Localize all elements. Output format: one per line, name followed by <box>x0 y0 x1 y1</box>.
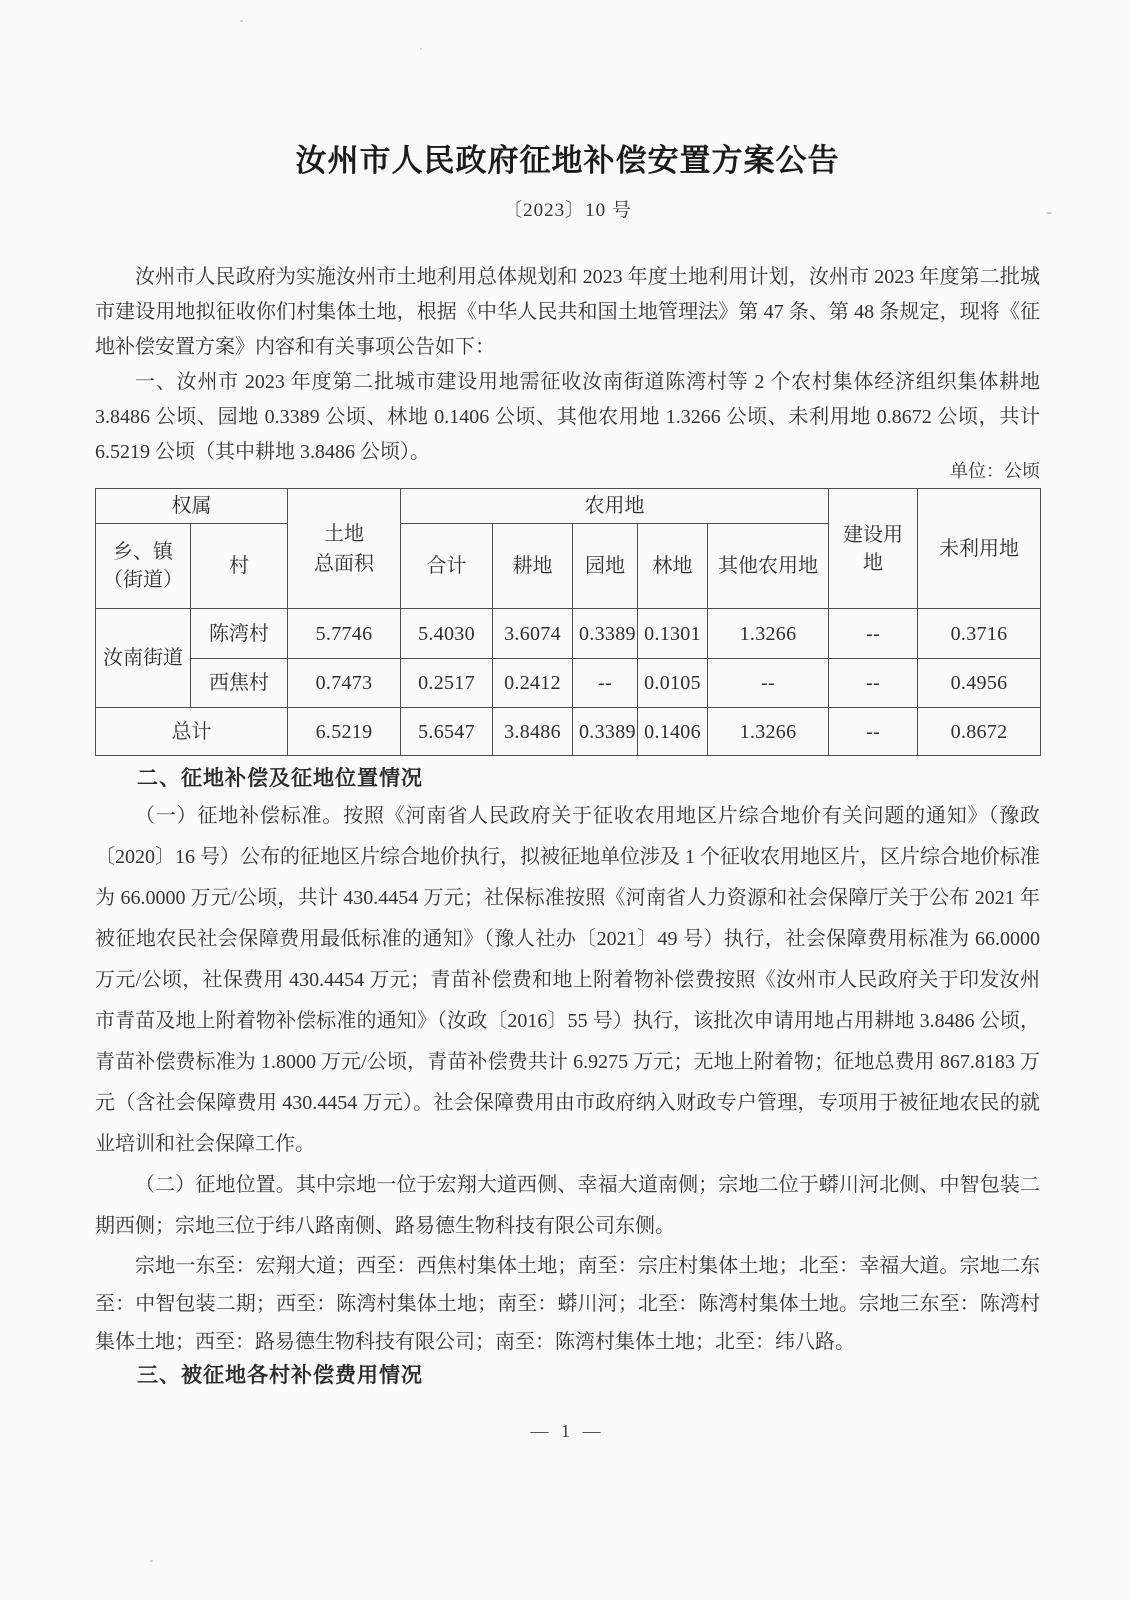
land-location-paragraph: （二）征地位置。其中宗地一位于宏翔大道西侧、幸福大道南侧；宗地二位于蟒川河北侧、… <box>95 1165 1040 1247</box>
table-header-row-1: 权属 土地 总面积 农用地 建设用地 未利用地 <box>96 489 1041 524</box>
cell-land-total: 5.7746 <box>288 609 401 659</box>
cell-garden: 0.3389 <box>573 609 638 659</box>
cell-forest: 0.1301 <box>638 609 708 659</box>
table-row-total: 总计 6.5219 5.6547 3.8486 0.3389 0.1406 1.… <box>96 708 1041 756</box>
cell-other-agri: 1.3266 <box>708 609 829 659</box>
header-land-total: 土地 总面积 <box>288 489 401 609</box>
land-boundaries-paragraph: 宗地一东至：宏翔大道；西至：西焦村集体土地；南至：宗庄村集体土地；北至：幸福大道… <box>95 1247 1040 1361</box>
cell-other-agri: 1.3266 <box>708 708 829 756</box>
header-cultivated: 耕地 <box>493 524 573 609</box>
cell-land-total: 6.5219 <box>288 708 401 756</box>
header-ownership: 权属 <box>96 489 288 524</box>
document-title: 汝州市人民政府征地补偿安置方案公告 <box>95 140 1040 182</box>
cell-cultivated: 0.2412 <box>493 659 573 708</box>
document-page: 汝州市人民政府征地补偿安置方案公告 〔2023〕10 号 汝州市人民政府为实施汝… <box>0 0 1131 1443</box>
land-area-table: 权属 土地 总面积 农用地 建设用地 未利用地 乡、镇（街道） 村 合计 耕地 … <box>95 488 1041 756</box>
header-garden: 园地 <box>573 524 638 609</box>
compensation-standard-paragraph: （一）征地补偿标准。按照《河南省人民政府关于征收农用地区片综合地价有关问题的通知… <box>95 796 1040 1165</box>
cell-construction: -- <box>829 609 918 659</box>
table-row-xijiao: 西焦村 0.7473 0.2517 0.2412 -- 0.0105 -- --… <box>96 659 1041 708</box>
cell-forest: 0.0105 <box>638 659 708 708</box>
document-number: 〔2023〕10 号 <box>95 198 1040 224</box>
cell-agri-subtotal: 5.6547 <box>401 708 493 756</box>
header-land-total-line2: 总面积 <box>294 549 394 579</box>
intro-block: 汝州市人民政府为实施汝州市土地利用总体规划和 2023 年度土地利用计划，汝州市… <box>95 260 1040 470</box>
header-subtotal: 合计 <box>401 524 493 609</box>
cell-garden: -- <box>573 659 638 708</box>
cell-township: 汝南街道 <box>96 609 191 708</box>
header-forest: 林地 <box>638 524 708 609</box>
header-construction: 建设用地 <box>829 489 918 609</box>
cell-garden: 0.3389 <box>573 708 638 756</box>
cell-land-total: 0.7473 <box>288 659 401 708</box>
header-other-agricultural: 其他农用地 <box>708 524 829 609</box>
header-township: 乡、镇（街道） <box>96 524 191 609</box>
section-2-heading: 二、征地补偿及征地位置情况 <box>95 764 1040 794</box>
cell-agri-subtotal: 0.2517 <box>401 659 493 708</box>
scanned-document-page: { "document": { "title": "汝州市人民政府征地补偿安置方… <box>0 0 1131 1600</box>
cell-total-label: 总计 <box>96 708 288 756</box>
cell-unused: 0.3716 <box>918 609 1041 659</box>
cell-unused: 0.8672 <box>918 708 1041 756</box>
item-one-paragraph: 一、汝州市 2023 年度第二批城市建设用地需征收汝南街道陈湾村等 2 个农村集… <box>95 365 1040 470</box>
cell-cultivated: 3.6074 <box>493 609 573 659</box>
cell-other-agri: -- <box>708 659 829 708</box>
cell-agri-subtotal: 5.4030 <box>401 609 493 659</box>
cell-construction: -- <box>829 708 918 756</box>
cell-construction: -- <box>829 659 918 708</box>
scan-speck <box>150 1560 153 1562</box>
header-unused: 未利用地 <box>918 489 1041 609</box>
intro-paragraph: 汝州市人民政府为实施汝州市土地利用总体规划和 2023 年度土地利用计划，汝州市… <box>95 260 1040 365</box>
header-land-total-line1: 土地 <box>294 519 394 549</box>
header-village: 村 <box>191 524 288 609</box>
table-row-chenwan: 汝南街道 陈湾村 5.7746 5.4030 3.6074 0.3389 0.1… <box>96 609 1041 659</box>
page-number: — 1 — <box>95 1419 1040 1443</box>
cell-forest: 0.1406 <box>638 708 708 756</box>
cell-cultivated: 3.8486 <box>493 708 573 756</box>
cell-village: 西焦村 <box>191 659 288 708</box>
header-agricultural: 农用地 <box>401 489 829 524</box>
section-3-heading: 三、被征地各村补偿费用情况 <box>95 1361 1040 1391</box>
cell-village: 陈湾村 <box>191 609 288 659</box>
cell-unused: 0.4956 <box>918 659 1041 708</box>
